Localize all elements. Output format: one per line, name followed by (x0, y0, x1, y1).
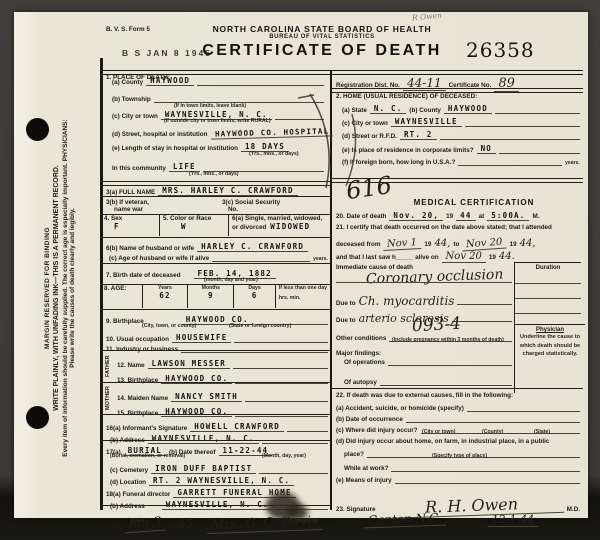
blank-line (154, 95, 324, 103)
birthplace-label: 9. Birthplace (106, 318, 144, 325)
date-signed-handwriting: 12-1-44 (488, 513, 538, 527)
cause-line (336, 282, 512, 283)
blank-line (234, 335, 328, 343)
physician-note-box: Physician Underline the cause to which d… (514, 324, 585, 393)
marital-label2: or divorced (232, 224, 266, 231)
age-less-label: If less than one day (279, 285, 327, 291)
burial-date-hint: (Month, day, year) (262, 453, 306, 459)
blank-line (287, 424, 328, 432)
spouse-value: HARLEY C. CRAWFORD (197, 242, 308, 252)
pencil-annotation: R Owen (412, 11, 443, 23)
blank-line (395, 476, 580, 484)
ssn-label2: No. (228, 206, 238, 213)
row-divider (100, 350, 330, 351)
blank-line (440, 132, 580, 140)
blank-line (391, 464, 580, 472)
bureau-name: BUREAU OF VITAL STATISTICS (182, 34, 462, 40)
margin-line2: WRITE PLAINLY, WITH UNFADING INK—THIS IS… (53, 72, 60, 504)
blank-line (275, 112, 324, 120)
margin-line3: Every item of information should be care… (62, 72, 69, 504)
home-city-value: WAYNESVILLE (391, 117, 462, 127)
y2-pre: 19 (510, 241, 517, 248)
place-street-label: (d) Street, hospital or institution (112, 131, 208, 138)
blank-line (495, 106, 580, 114)
informant-sig-value: HOWELL CRAWFORD (190, 422, 284, 432)
major-findings-label: Major findings: (336, 350, 381, 357)
y1-handwriting: 44, (434, 238, 450, 249)
informant-sig-label: 16(a) Informant's Signature (106, 425, 187, 432)
blank-line (181, 345, 328, 353)
burial-type-hint: (Burial, cremation, or removal) (110, 453, 185, 459)
place-county-value: HAYWOOD (146, 76, 194, 86)
blank-line (458, 158, 562, 166)
punch-hole (26, 118, 49, 141)
father-name-value: LAWSON MESSER (148, 359, 230, 369)
blank-line (388, 358, 512, 366)
birthplace-hint2: (State or foreign country) (229, 323, 291, 329)
death-year-value: 44 (456, 211, 475, 221)
duration-box: Duration (514, 262, 581, 325)
mother-name-label: 14. Maiden Name (117, 395, 168, 402)
duration-line (515, 284, 581, 299)
external-a-label: (a) Accident, suicide, or homicide (spec… (336, 405, 464, 412)
cemetery-value: IRON DUFF BAPTIST (151, 464, 256, 474)
filed-num-label: 19(a) (106, 522, 121, 529)
last-saw-label: and that I last saw h_____ alive on (336, 254, 439, 261)
external-c-label: (c) Where did injury occur? (336, 427, 418, 434)
certify-line1: 21. I certify that death occurred on the… (336, 224, 552, 231)
of-operations-label: Of operations (344, 359, 385, 366)
place-city-label: (c) City or town (112, 113, 158, 120)
stay-hint: (Yrs., mos., or days) (249, 151, 299, 157)
row-divider (100, 414, 330, 415)
death-year-pre: 19 (446, 213, 453, 220)
home-county-value: HAYWOOD (444, 104, 492, 114)
row-divider (331, 388, 583, 389)
home-corporate-label: (e) Is place of residence in corporate l… (342, 147, 474, 154)
home-state-value: N. C. (370, 104, 407, 114)
other-conditions-hint: (Include pregnancy within 3 months of de… (392, 337, 504, 343)
occupation-label: 10. Usual occupation (106, 336, 169, 343)
marital-cell: 6(a) Single, married, widowed, or divorc… (229, 214, 330, 236)
death-date-value: Nov. 20, (389, 211, 443, 221)
age-days-value: 6 (237, 291, 272, 300)
section-divider (331, 88, 583, 93)
certificate-paper: MARGIN RESERVED FOR BINDING WRITE PLAINL… (14, 12, 588, 518)
date-signed-label: Date signed (449, 518, 485, 525)
certificate-title: CERTIFICATE OF DEATH (182, 42, 462, 60)
city-hint: (If outside city or town limits, write R… (164, 118, 271, 124)
last-saw-handwriting: Nov 20 (442, 251, 486, 263)
physician-addr-handwriting: Canton N.C. (364, 511, 446, 529)
mother-birthplace-value: HAYWOOD CO. (161, 407, 232, 417)
blank-line (499, 146, 580, 154)
township-hint: (If in town limits, leave blank) (174, 103, 246, 109)
y2-handwriting: 44, (520, 238, 536, 249)
spouse-age-label: (c) Age of husband or wife if alive (109, 255, 209, 262)
full-name-label: 3(a) FULL NAME (106, 189, 155, 196)
father-name-label: 12. Name (117, 362, 145, 369)
home-foreign-suffix: years. (565, 160, 580, 166)
birthplace-hint1: (City, town, or county) (142, 323, 196, 329)
filed-date-handwriting: Jan 3 (123, 515, 166, 534)
blank-line (380, 378, 512, 386)
ssn-label: 3(c) Social Security (222, 199, 280, 206)
cemetery-label: (c) Cemetery (110, 467, 148, 474)
filed-b-label: (b) (195, 522, 203, 529)
attended-to-handwriting: Nov 20 (462, 236, 507, 251)
certify-to-label: to (453, 241, 459, 248)
row-divider (100, 237, 330, 238)
external-c-hint1: (City or town) (422, 429, 455, 435)
death-date-label: 20. Date of death (336, 213, 386, 220)
blank-line (467, 404, 580, 412)
immediate-cause-handwriting: Coronary occlusion (366, 267, 504, 288)
informant-addr-value: WAYNESVILLE, N. C. (148, 434, 259, 444)
birthdate-hint: (month, day and year) (204, 277, 258, 283)
section-divider (100, 181, 330, 186)
duration-line (515, 299, 581, 314)
father-side-label: FATHER (102, 351, 113, 382)
row-divider (100, 263, 330, 264)
age-less-cell: If less than one day hrs. min. (276, 284, 330, 308)
y3-pre: 19 (489, 254, 496, 261)
scanned-death-certificate: { "margin": { "line1": "MARGIN RESERVED … (0, 0, 600, 540)
age-days-cell: Days 6 (234, 284, 276, 308)
external-c-hint3: (State) (534, 429, 550, 435)
sex-value: F (114, 222, 156, 231)
age-years-cell: Years 62 (143, 284, 189, 308)
burial-location-value: RT. 2 WAYNESVILLE, N. C. (149, 476, 294, 486)
home-heading: 2. HOME (USUAL RESIDENCE) OF DECEASED: (336, 93, 477, 100)
race-label: 5. Color or Race (163, 215, 225, 222)
filed-year-pre: 19 (168, 522, 175, 529)
birthdate-label: 7. Birth date of deceased (106, 272, 181, 279)
sex-label: 4. Sex (104, 215, 156, 222)
marital-label: 6(a) Single, married, widowed, (232, 215, 327, 222)
stay-label: (e) Length of stay in hospital or instit… (112, 145, 238, 152)
due2-label: Due to (336, 317, 356, 324)
due1-label: Due to (336, 300, 356, 307)
age-label: 8. AGE: (104, 285, 139, 292)
home-street-label: (d) Street or R.F.D. (342, 133, 397, 140)
veteran-label2: name war (114, 206, 143, 213)
external-d-label: (d) Did injury occur about home, on farm… (336, 438, 549, 445)
marital-value: WIDOWED (270, 222, 310, 231)
full-name-value: MRS. HARLEY C. CRAWFORD (158, 186, 297, 196)
race-value: W (181, 222, 225, 231)
death-m-label: M. (532, 213, 539, 220)
place-township-label: (b) Township (112, 96, 151, 103)
race-cell: 5. Color or Race W (160, 214, 229, 236)
means-of-injury-label: (e) Means of injury (336, 477, 392, 484)
age-years-value: 62 (146, 291, 185, 300)
row-divider (100, 309, 330, 310)
veteran-label: 3(b) If veteran, (106, 199, 149, 206)
funeral-director-label: 18(a) Funeral director (106, 491, 170, 498)
community-label: In this community (112, 165, 166, 172)
age-months-cell: Months 9 (188, 284, 234, 308)
mother-side-label: MOTHER (102, 383, 113, 414)
filed-hint: Filed (132, 518, 144, 524)
cause-code-handwriting: 093-4 (412, 314, 462, 337)
blank-line (197, 78, 324, 86)
binding-margin-text: MARGIN RESERVED FOR BINDING WRITE PLAINL… (44, 72, 76, 504)
spouse-label: 6(b) Name of husband or wife (106, 245, 194, 252)
duration-line (515, 271, 581, 284)
board-name: NORTH CAROLINA STATE BOARD OF HEALTH (182, 24, 462, 34)
other-conditions-label: Other conditions (336, 335, 386, 342)
community-hint: (Yrs., mos., or days) (189, 171, 239, 177)
home-state-label: (a) State (342, 107, 367, 114)
medical-certification-heading: MEDICAL CERTIFICATION (384, 198, 564, 207)
due1-handwriting: Ch. myocarditis (359, 294, 455, 308)
blank-line (406, 415, 580, 423)
row-divider (100, 382, 330, 383)
blank-line (245, 394, 328, 402)
blank-line (235, 409, 328, 417)
blank-line (212, 254, 310, 262)
filed-year-handwriting: 45 (178, 517, 192, 530)
row-divider (100, 196, 330, 197)
margin-line4: Please write the causes of death clearly… (69, 72, 76, 504)
duration-label: Duration (515, 263, 581, 271)
home-corporate-value: NO (477, 144, 496, 154)
punch-hole (26, 406, 49, 429)
blank-line (457, 297, 512, 305)
external-c-hint2: (County) (482, 429, 503, 435)
spouse-age-suffix: years. (313, 256, 328, 262)
home-foreign-label: (f) If foreign born, how long in U.S.A.? (342, 159, 455, 166)
sex-cell: 4. Sex F (101, 214, 160, 236)
death-time-value: 5:00A. (487, 211, 529, 221)
age-less-units: hrs. min. (279, 295, 327, 301)
physician-note-text: Underline the cause to which death shoul… (517, 333, 583, 359)
burial-location-label: (d) Location (110, 479, 146, 486)
of-autopsy-label: Of autopsy (344, 379, 377, 386)
home-city-label: (c) City or town (342, 120, 388, 127)
y3-handwriting: 44. (499, 251, 515, 262)
place-county-label: (a) County (112, 79, 143, 86)
header-divider-line (100, 70, 583, 75)
age-cell: 8. AGE: (101, 284, 143, 308)
blank-line (233, 361, 328, 369)
mother-name-value: NANCY SMITH (171, 392, 242, 402)
age-months-value: 9 (191, 291, 230, 300)
external-d2-label: place? (344, 451, 364, 458)
home-county-label: (b) County (409, 107, 440, 114)
certificate-serial-number: 26358 (466, 38, 535, 62)
ink-smudge (286, 504, 308, 520)
blank-line (465, 119, 580, 127)
occupation-value: HOUSEWIFE (172, 333, 231, 343)
home-street-value: RT. 2 (400, 130, 437, 140)
place-street-value: HAYWOOD CO. HOSPITAL (210, 126, 333, 139)
death-at-label: at (479, 213, 485, 220)
external-b-label: (b) Date of occurrence (336, 416, 403, 423)
pen-stroke (310, 94, 329, 188)
certify-from-label: deceased from (336, 241, 380, 248)
while-at-work-label: While at work? (344, 465, 388, 472)
attended-from-handwriting: Nov 1 (383, 237, 422, 251)
y1-pre: 19 (424, 241, 431, 248)
external-heading: 22. If death was due to external causes,… (336, 392, 513, 399)
form-number: B. V. S. Form 5 (106, 26, 150, 33)
physician-addr-label: Address (336, 518, 361, 525)
external-d-hint: (Specify type of place) (432, 453, 487, 459)
blank-line (259, 466, 328, 474)
row-divider (100, 440, 330, 441)
